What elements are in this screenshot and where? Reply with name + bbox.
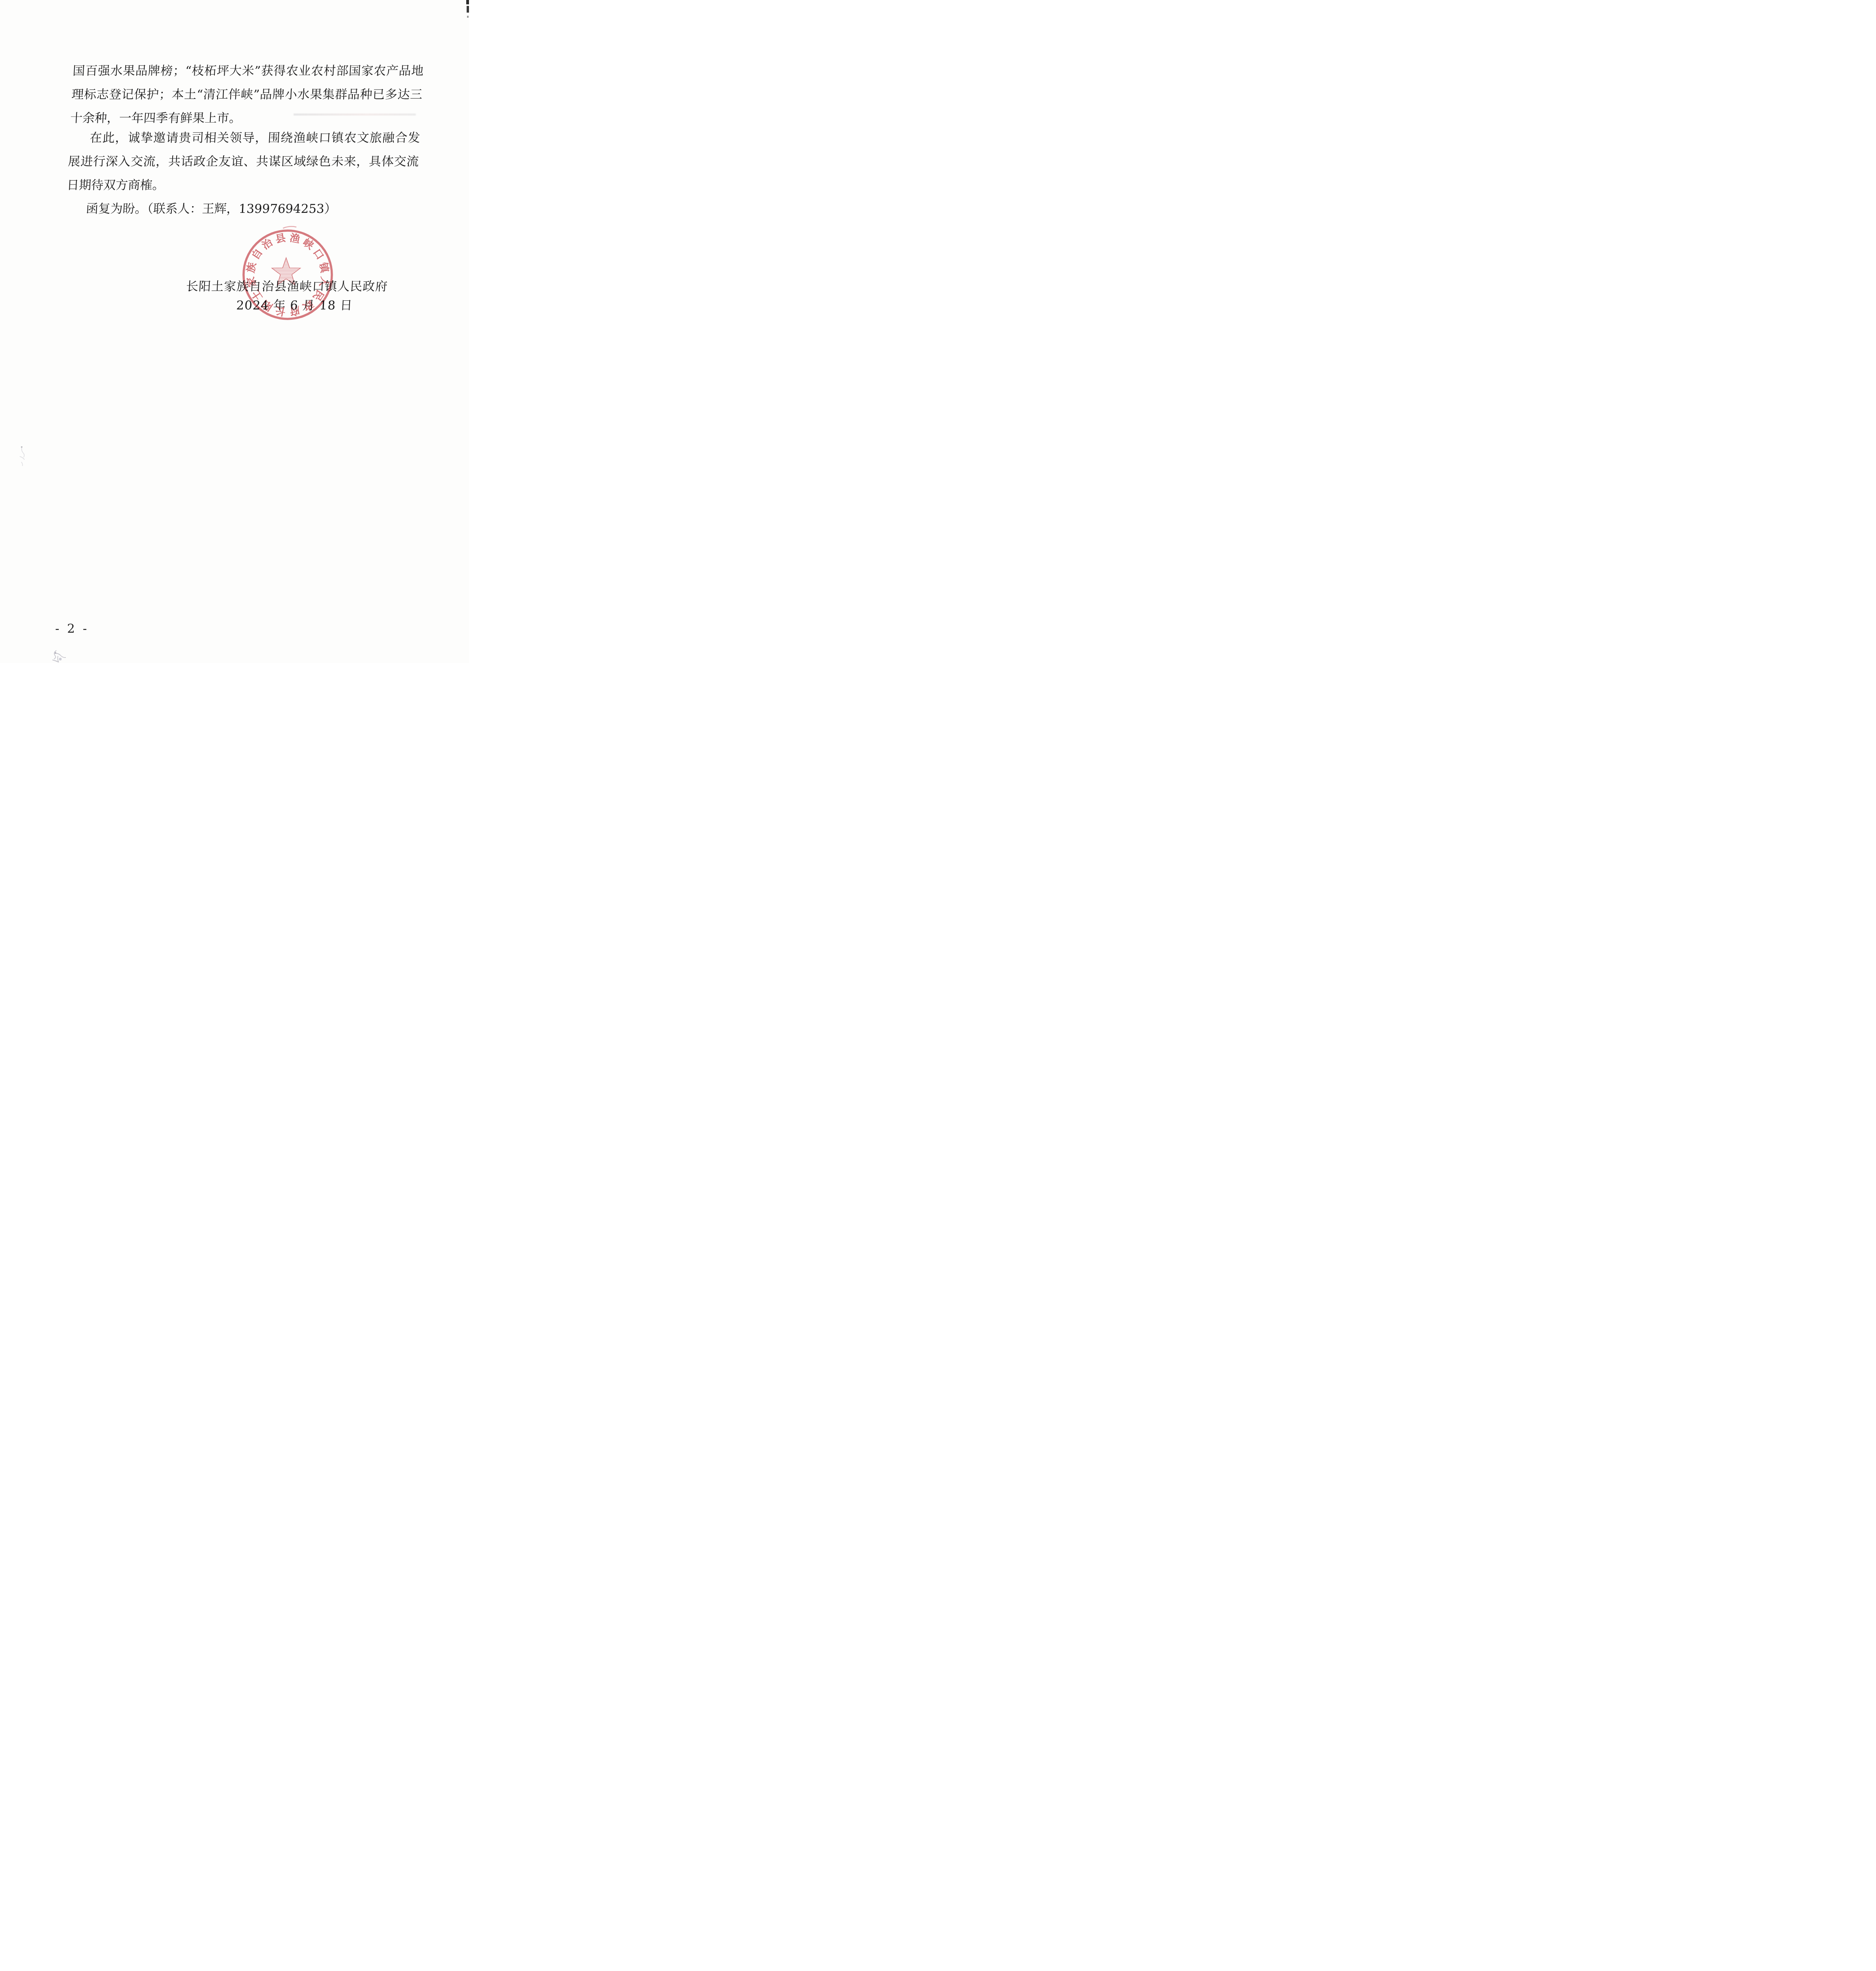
contact-line: 函复为盼。（联系人：王辉，13997694253）: [65, 197, 417, 221]
paragraph-1: 国百强水果品牌榜；“枝柘坪大米”获得农业农村部国家农产品地 理标志登记保护；本土…: [70, 59, 424, 130]
paragraph-2: 在此，诚挚邀请贵司相关领导，围绕渔峡口镇农文旅融合发 展进行深入交流，共话政企友…: [66, 126, 421, 197]
body-line: 日期待双方商榷。: [66, 173, 418, 197]
page-number: - 2 -: [55, 622, 89, 636]
scanned-letter-page: 国百强水果品牌榜；“枝柘坪大米”获得农业农村部国家农产品地 理标志登记保护；本土…: [0, 0, 469, 663]
letter-text-layer: 国百强水果品牌榜；“枝柘坪大米”获得农业农村部国家农产品地 理标志登记保护；本土…: [0, 0, 469, 663]
scan-streak: [294, 114, 416, 116]
scan-mark-top-right-2: [467, 6, 469, 13]
scan-smudge-bottom-left: [48, 650, 71, 663]
body-line: 国百强水果品牌榜；“枝柘坪大米”获得农业农村部国家农产品地: [72, 59, 424, 83]
body-line: 函复为盼。（联系人：王辉，13997694253）: [65, 197, 417, 221]
body-line: 在此，诚挚邀请贵司相关领导，围绕渔峡口镇农文旅融合发: [69, 126, 421, 150]
scan-mark-top-right-1: [466, 0, 469, 4]
body-line: 理标志登记保护；本土“清江伴峡”品牌小水果集群品种已多达三: [71, 83, 423, 106]
signature-organization: 长阳土家族自治县渔峡口镇人民政府: [186, 279, 388, 294]
letter-date: 2024 年 6 月 18 日: [236, 298, 353, 313]
scan-smudge-left: [16, 445, 30, 467]
scan-mark-top-right-3: [467, 16, 469, 18]
body-line: 展进行深入交流，共话政企友谊、共谋区域绿色未来，具体交流: [67, 150, 419, 173]
